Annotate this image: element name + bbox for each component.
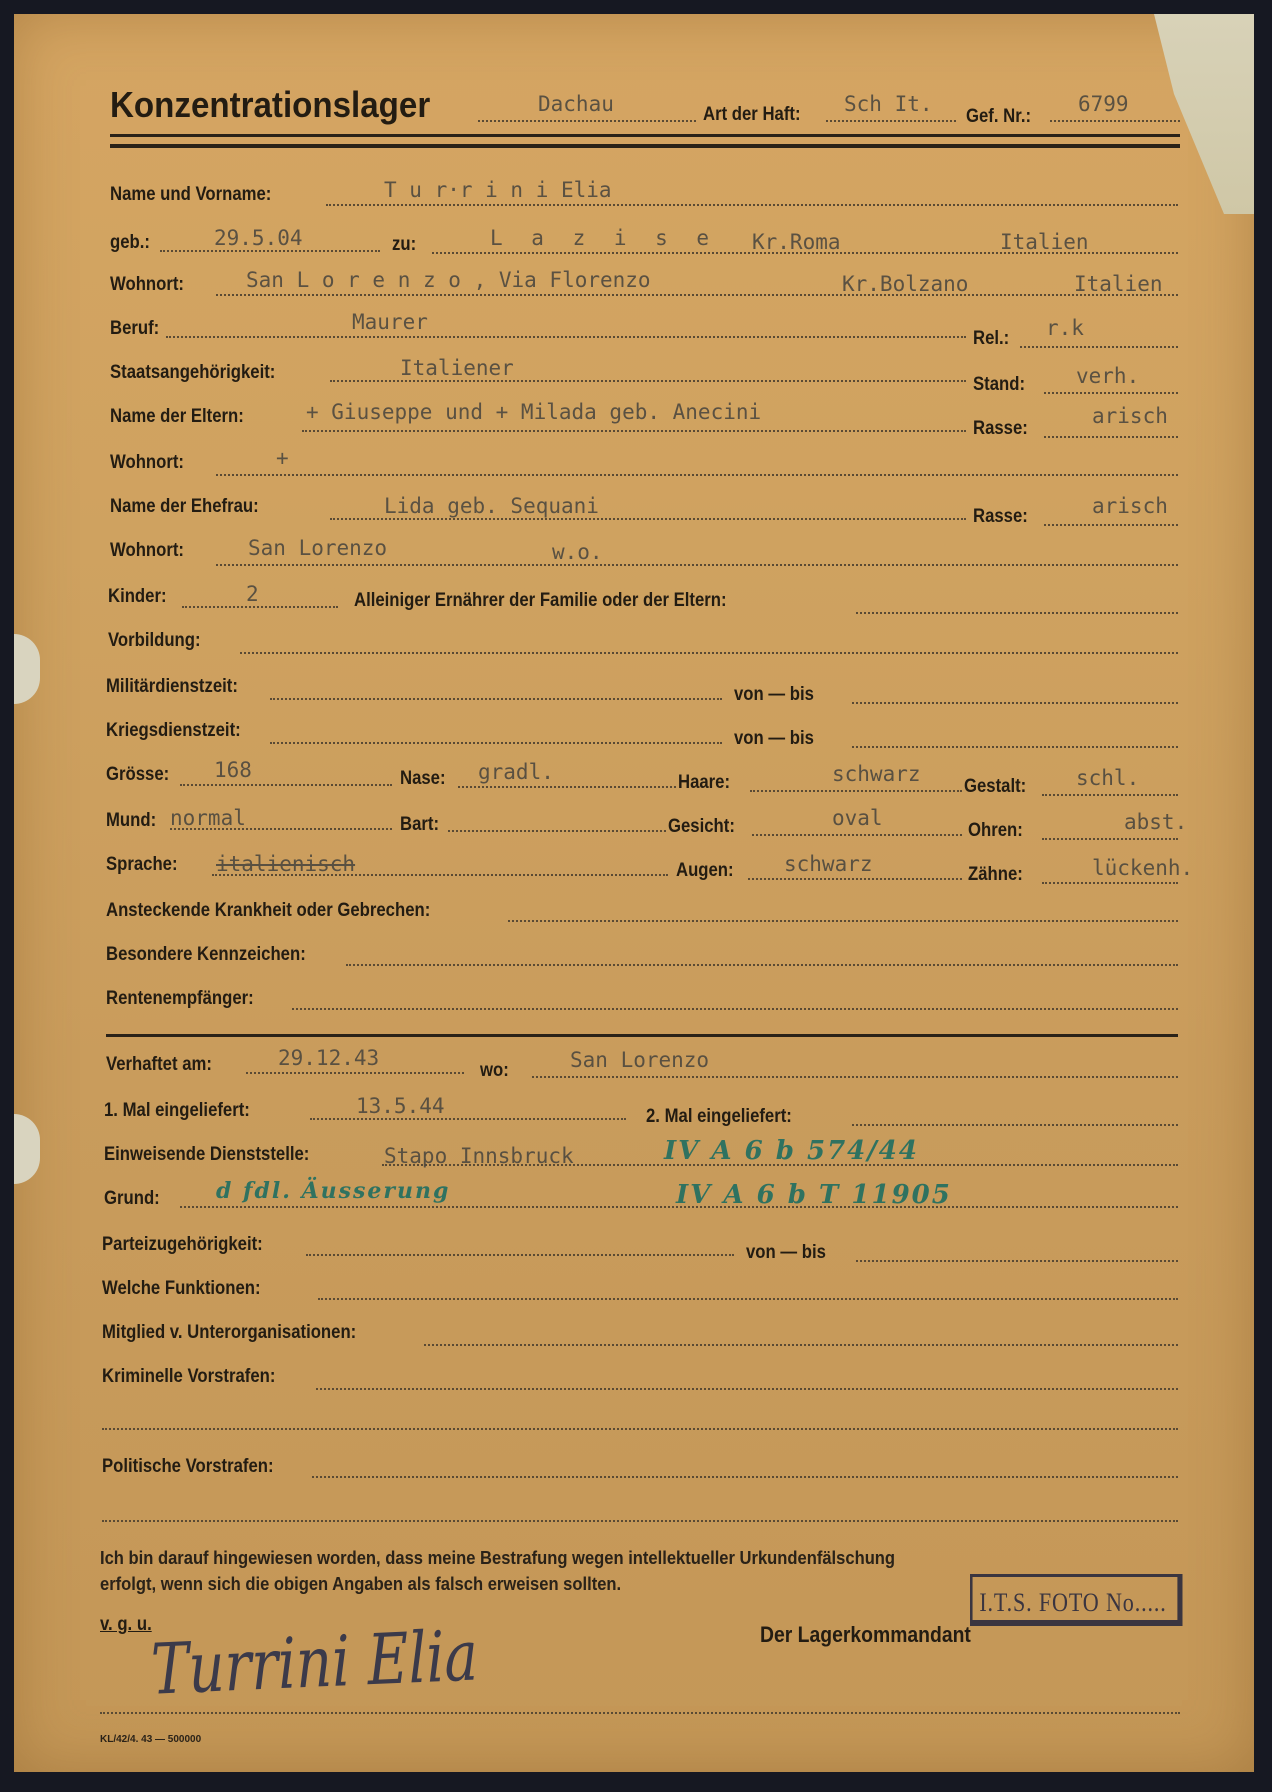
krieg-von-bis: von — bis: [734, 728, 814, 750]
wohnort-kreis: Kr.Bolzano: [842, 272, 968, 296]
geb-value: 29.5.04: [214, 226, 303, 250]
eltern-wohnort-line: [216, 474, 1178, 476]
krieg-line: [270, 742, 722, 744]
grund-handwritten: d fdl. Äusserung: [216, 1178, 450, 1204]
funktionen-line: [318, 1298, 1178, 1300]
wohnort-land: Italien: [1074, 272, 1163, 296]
ehefrau-wohnort-line: [216, 564, 1178, 566]
stand-label: Stand:: [973, 374, 1025, 396]
ehefrau-wohnort-extra: w.o.: [552, 540, 603, 564]
camp-line: [478, 120, 696, 122]
prisoner-signature: Turrini Elia: [150, 1616, 479, 1711]
rasse-value: arisch: [1092, 404, 1168, 428]
haare-line: [750, 790, 962, 792]
krankheit-label: Ansteckende Krankheit oder Gebrechen:: [106, 900, 430, 922]
rel-label: Rel.:: [973, 328, 1009, 350]
grund-reference: IV A 6 b T 11905: [676, 1180, 952, 1210]
kriminell-label: Kriminelle Vorstrafen:: [102, 1366, 275, 1388]
ehefrau-label: Name der Ehefrau:: [110, 496, 259, 518]
krieg-von-bis-line: [852, 746, 1178, 748]
zaehne-label: Zähne:: [968, 864, 1023, 886]
verhaftet-line: [246, 1072, 464, 1074]
staat-line: [330, 380, 966, 382]
gestalt-value: schl.: [1076, 766, 1139, 790]
kriminell-line: [316, 1388, 1178, 1390]
eltern-value: + Giuseppe und + Milada geb. Anecini: [306, 400, 761, 424]
camp-value: Dachau: [538, 92, 614, 116]
nase-label: Nase:: [400, 768, 446, 790]
ehefrau-rasse-line: [1044, 524, 1178, 526]
bart-line: [448, 830, 666, 832]
wo-label: wo:: [480, 1060, 509, 1082]
ehefrau-wohnort-value: San Lorenzo: [248, 536, 387, 560]
dienststelle-handwritten: IV A 6 b 574/44: [664, 1136, 919, 1166]
ernaehrer-label: Alleiniger Ernährer der Familie oder der…: [354, 590, 727, 612]
ehefrau-line: [330, 518, 966, 520]
mal1-value: 13.5.44: [356, 1094, 445, 1118]
kennzeichen-line: [346, 964, 1178, 966]
form-title: Konzentrationslager: [110, 84, 430, 126]
zaehne-line: [1042, 882, 1178, 884]
wo-line: [532, 1076, 1178, 1078]
rente-label: Rentenempfänger:: [106, 988, 254, 1010]
eltern-label: Name der Eltern:: [110, 406, 244, 428]
partei-label: Parteizugehörigkeit:: [102, 1234, 263, 1256]
kinder-value: 2: [246, 582, 259, 606]
politisch-label: Politische Vorstrafen:: [102, 1456, 274, 1478]
declaration-line-2: erfolgt, wenn sich die obigen Angaben al…: [100, 1574, 621, 1595]
militaer-von-bis: von — bis: [734, 684, 814, 706]
signature-line: [100, 1712, 1180, 1714]
kinder-line: [182, 606, 338, 608]
mal1-line: [310, 1118, 626, 1120]
gef-label: Gef. Nr.:: [966, 106, 1031, 128]
ehefrau-rasse-label: Rasse:: [973, 506, 1028, 528]
sprache-value: italienisch: [216, 852, 355, 876]
staat-value: Italiener: [400, 356, 514, 380]
declaration-line-1: Ich bin darauf hingewiesen worden, dass …: [100, 1548, 895, 1569]
gef-value: 6799: [1078, 92, 1129, 116]
wohnort-label: Wohnort:: [110, 274, 184, 296]
partei-von-bis: von — bis: [746, 1242, 826, 1264]
groesse-line: [180, 784, 392, 786]
gesicht-label: Gesicht:: [668, 816, 735, 838]
groesse-label: Grösse:: [106, 764, 169, 786]
geb-label: geb.:: [110, 232, 150, 254]
gef-line: [1050, 120, 1180, 122]
stand-value: verh.: [1076, 364, 1139, 388]
vgu-label: v. g. u.: [100, 1614, 152, 1636]
haare-label: Haare:: [678, 772, 730, 794]
kennzeichen-label: Besondere Kennzeichen:: [106, 944, 306, 966]
header-rule: [110, 134, 1180, 137]
mal2-line: [852, 1124, 1178, 1126]
krankheit-line: [508, 920, 1178, 922]
zaehne-value: lückenh.: [1092, 856, 1193, 880]
beruf-line: [166, 336, 966, 338]
gesicht-line: [752, 834, 962, 836]
partei-line: [306, 1254, 734, 1256]
sprache-label: Sprache:: [106, 854, 178, 876]
rasse-label: Rasse:: [973, 418, 1028, 440]
militaer-von-bis-line: [852, 702, 1178, 704]
name-value: T u r·r i n i Elia: [384, 178, 612, 202]
politisch-line-2: [102, 1520, 1178, 1522]
eltern-wohnort-value: +: [276, 446, 289, 470]
torn-corner: [1154, 14, 1254, 214]
haft-line: [826, 120, 956, 122]
beruf-value: Maurer: [352, 310, 428, 334]
grund-label: Grund:: [104, 1188, 160, 1210]
politisch-line: [312, 1476, 1178, 1478]
zu-kreis: Kr.Roma: [752, 230, 841, 254]
stand-line: [1044, 392, 1178, 394]
ohren-label: Ohren:: [968, 820, 1023, 842]
ohren-line: [1042, 838, 1178, 840]
kommandant-label: Der Lagerkommandant: [760, 1622, 971, 1648]
section-rule: [106, 1034, 1178, 1037]
eltern-line: [302, 430, 966, 432]
wohnort-line: [216, 294, 1178, 296]
bart-label: Bart:: [400, 814, 439, 836]
ernaehrer-line: [856, 612, 1178, 614]
verhaftet-label: Verhaftet am:: [106, 1054, 212, 1076]
rente-line: [292, 1008, 1178, 1010]
mal1-label: 1. Mal eingeliefert:: [104, 1100, 250, 1122]
ehefrau-value: Lida geb. Sequani: [384, 494, 599, 518]
haft-value: Sch It.: [844, 92, 933, 116]
mund-label: Mund:: [106, 810, 156, 832]
rasse-line: [1044, 436, 1178, 438]
kinder-label: Kinder:: [108, 586, 167, 608]
name-label: Name und Vorname:: [110, 184, 271, 206]
its-foto-stamp: I.T.S. FOTO No.....: [970, 1574, 1183, 1626]
punch-hole: [14, 1114, 40, 1184]
punch-hole: [14, 634, 40, 704]
gestalt-line: [1042, 794, 1178, 796]
ehefrau-rasse-value: arisch: [1092, 494, 1168, 518]
name-line: [326, 204, 1178, 206]
mund-value: normal: [170, 806, 246, 830]
verhaftet-value: 29.12.43: [278, 1046, 379, 1070]
gestalt-label: Gestalt:: [964, 776, 1026, 798]
beruf-label: Beruf:: [110, 318, 159, 340]
ehefrau-wohnort-label: Wohnort:: [110, 540, 184, 562]
zu-label: zu:: [392, 234, 416, 256]
gesicht-value: oval: [832, 806, 883, 830]
militaer-label: Militärdienstzeit:: [106, 676, 238, 698]
staat-label: Staatsangehörigkeit:: [110, 362, 275, 384]
krieg-label: Kriegsdienstzeit:: [106, 720, 241, 742]
vorbildung-line: [240, 652, 1178, 654]
dienststelle-value: Stapo Innsbruck: [384, 1144, 574, 1168]
rel-line: [1020, 346, 1178, 348]
ohren-value: abst.: [1124, 810, 1187, 834]
groesse-value: 168: [214, 758, 252, 782]
form-code: KL/42/4. 43 — 500000: [100, 1734, 201, 1745]
zu-land: Italien: [1000, 230, 1089, 254]
vorbildung-label: Vorbildung:: [108, 630, 201, 652]
militaer-line: [270, 698, 722, 700]
haare-value: schwarz: [832, 762, 921, 786]
kriminell-line-2: [102, 1428, 1178, 1430]
eltern-wohnort-label: Wohnort:: [110, 452, 184, 474]
mal2-label: 2. Mal eingeliefert:: [646, 1106, 792, 1128]
zu-value: L a z i s e: [490, 226, 717, 250]
augen-label: Augen:: [676, 860, 734, 882]
partei-von-bis-line: [856, 1260, 1178, 1262]
wohnort-value: San L o r e n z o , Via Florenzo: [246, 268, 651, 292]
geb-line: [160, 250, 380, 252]
rel-value: r.k: [1046, 316, 1084, 340]
unterorg-label: Mitglied v. Unterorganisationen:: [102, 1322, 356, 1344]
wo-value: San Lorenzo: [570, 1048, 709, 1072]
funktionen-label: Welche Funktionen:: [102, 1278, 261, 1300]
unterorg-line: [424, 1344, 1178, 1346]
header-rule: [110, 144, 1180, 148]
augen-value: schwarz: [784, 852, 873, 876]
augen-line: [748, 878, 962, 880]
haft-label: Art der Haft:: [703, 104, 801, 126]
nase-value: gradl.: [478, 760, 554, 784]
nase-line: [458, 786, 676, 788]
dienststelle-label: Einweisende Dienststelle:: [104, 1144, 309, 1166]
